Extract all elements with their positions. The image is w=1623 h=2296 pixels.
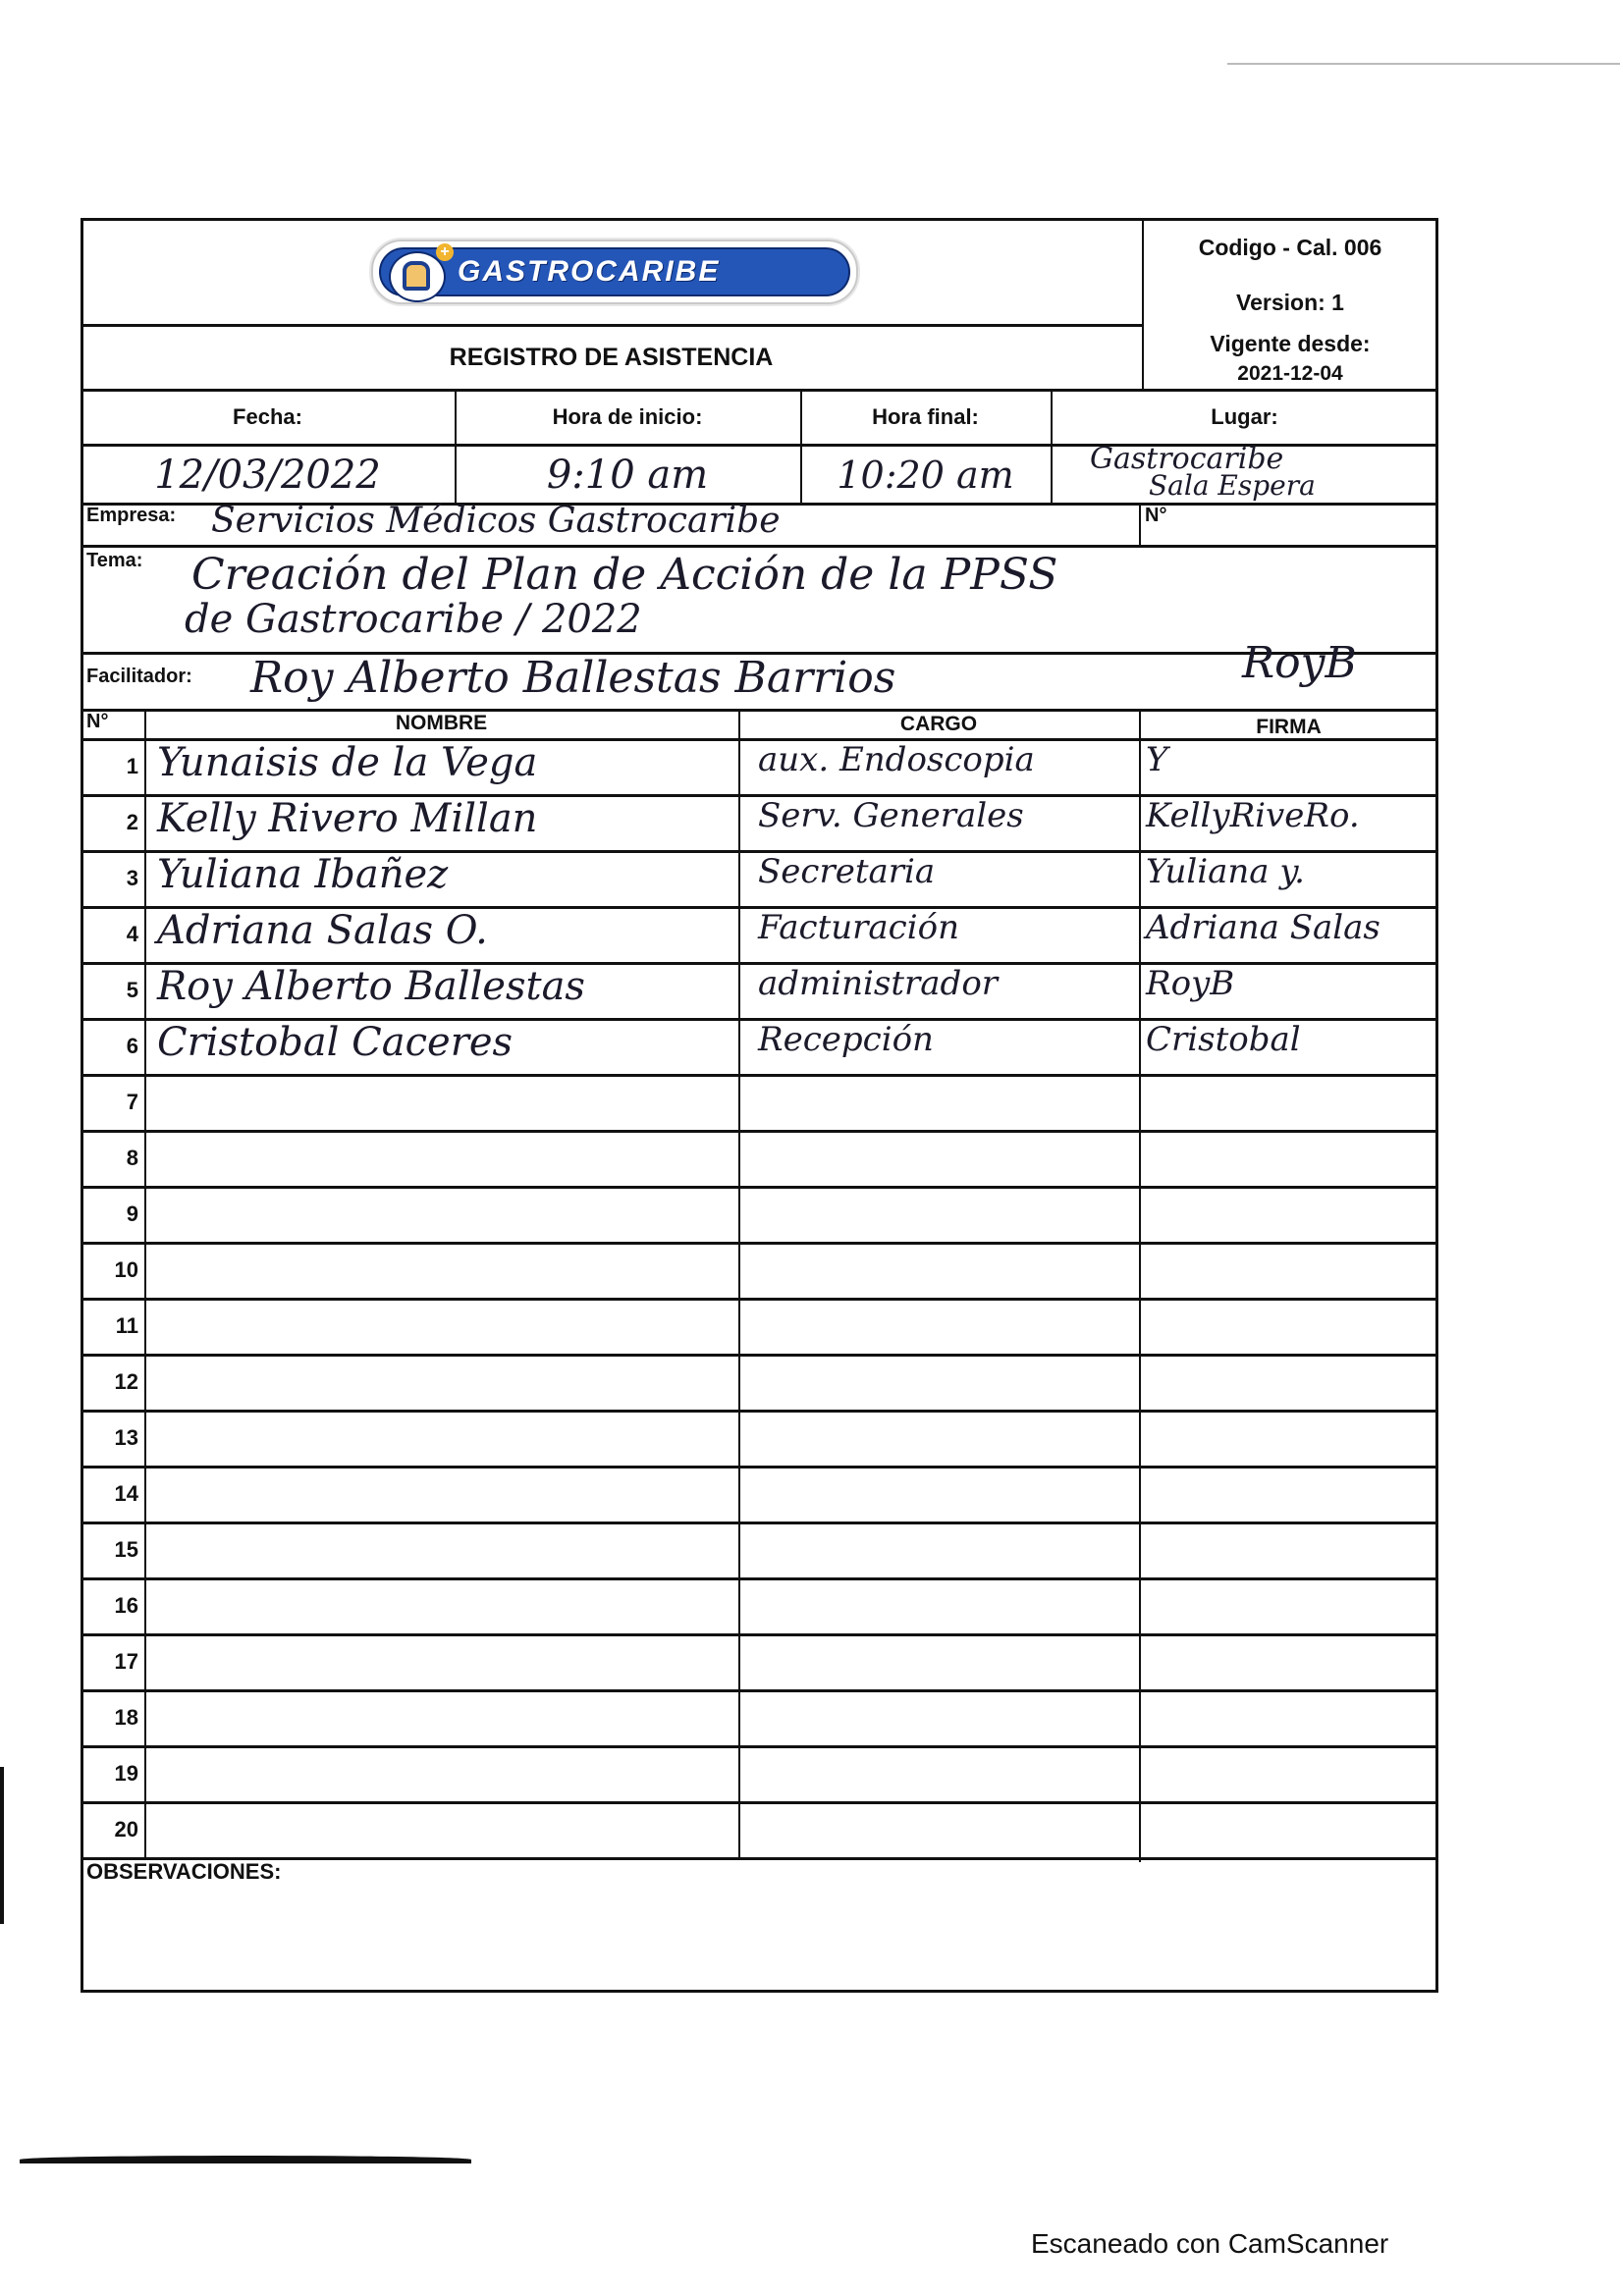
row-number: 14 bbox=[81, 1481, 144, 1507]
firma-cell[interactable] bbox=[1146, 1300, 1440, 1356]
nombre-cell[interactable] bbox=[157, 1635, 746, 1691]
row-number: 12 bbox=[81, 1369, 144, 1395]
row-number: 7 bbox=[81, 1090, 144, 1115]
empresa-no-label: N° bbox=[1145, 505, 1166, 527]
row-number: 3 bbox=[81, 866, 144, 891]
table-row: 19 bbox=[81, 1745, 1438, 1801]
col-header-no: N° bbox=[86, 711, 108, 733]
row-number: 18 bbox=[81, 1705, 144, 1731]
row-number: 5 bbox=[81, 978, 144, 1003]
cargo-cell[interactable] bbox=[758, 1523, 1151, 1579]
firma-cell[interactable] bbox=[1146, 1412, 1440, 1468]
lugar-field-line2[interactable]: Sala Espera bbox=[1149, 469, 1316, 502]
cargo-cell[interactable] bbox=[758, 1188, 1151, 1244]
facilitador-signature[interactable]: RoyB bbox=[1242, 638, 1357, 688]
cargo-cell[interactable]: administrador bbox=[758, 964, 1151, 1020]
fecha-field[interactable]: 12/03/2022 bbox=[81, 447, 455, 503]
cargo-cell[interactable] bbox=[758, 1803, 1151, 1859]
nombre-cell[interactable]: Roy Alberto Ballestas bbox=[157, 964, 746, 1020]
row-number: 11 bbox=[81, 1313, 144, 1339]
firma-cell[interactable]: RoyB bbox=[1146, 964, 1440, 1020]
hora-inicio-field[interactable]: 9:10 am bbox=[455, 447, 800, 503]
table-row: 12 bbox=[81, 1354, 1438, 1410]
table-row: 20 bbox=[81, 1801, 1438, 1857]
cargo-cell[interactable] bbox=[758, 1579, 1151, 1635]
table-row: 14 bbox=[81, 1466, 1438, 1522]
nombre-cell[interactable]: Yunaisis de la Vega bbox=[157, 740, 746, 796]
doc-version: Version: 1 bbox=[1142, 283, 1438, 322]
empresa-label: Empresa: bbox=[86, 505, 176, 527]
row-number: 6 bbox=[81, 1034, 144, 1059]
nombre-cell[interactable] bbox=[157, 1412, 746, 1468]
cargo-cell[interactable] bbox=[758, 1356, 1151, 1412]
row-number: 1 bbox=[81, 754, 144, 779]
col-header-cargo: CARGO bbox=[738, 710, 1139, 739]
cargo-cell[interactable]: Recepción bbox=[758, 1020, 1151, 1076]
lugar-label: Lugar: bbox=[1051, 391, 1438, 444]
scan-edge-left bbox=[0, 1767, 4, 1924]
firma-cell[interactable] bbox=[1146, 1691, 1440, 1747]
table-row: 16 bbox=[81, 1577, 1438, 1633]
nombre-cell[interactable] bbox=[157, 1523, 746, 1579]
cargo-cell[interactable] bbox=[758, 1244, 1151, 1300]
firma-cell[interactable]: Yuliana y. bbox=[1146, 852, 1440, 908]
firma-cell[interactable] bbox=[1146, 1803, 1440, 1859]
nombre-cell[interactable] bbox=[157, 1356, 746, 1412]
observaciones-field[interactable] bbox=[82, 1890, 1435, 1988]
nombre-cell[interactable]: Yuliana Ibañez bbox=[157, 852, 746, 908]
firma-cell[interactable] bbox=[1146, 1076, 1440, 1132]
nombre-cell[interactable] bbox=[157, 1468, 746, 1523]
table-row: 6Cristobal CaceresRecepciónCristobal bbox=[81, 1018, 1438, 1074]
nombre-cell[interactable] bbox=[157, 1803, 746, 1859]
firma-cell[interactable] bbox=[1146, 1132, 1440, 1188]
vigente-label: Vigente desde: bbox=[1142, 326, 1438, 361]
firma-cell[interactable]: KellyRiveRo. bbox=[1146, 796, 1440, 852]
scan-edge-top-right bbox=[1227, 63, 1620, 65]
row-number: 4 bbox=[81, 922, 144, 947]
facilitador-field[interactable]: Roy Alberto Ballestas Barrios bbox=[250, 653, 895, 703]
empresa-line bbox=[81, 545, 1438, 548]
fecha-label: Fecha: bbox=[81, 391, 455, 444]
cargo-cell[interactable] bbox=[758, 1468, 1151, 1523]
firma-cell[interactable] bbox=[1146, 1468, 1440, 1523]
nombre-cell[interactable] bbox=[157, 1076, 746, 1132]
firma-cell[interactable]: Cristobal bbox=[1146, 1020, 1440, 1076]
hora-final-label: Hora final: bbox=[800, 391, 1051, 444]
cargo-cell[interactable] bbox=[758, 1691, 1151, 1747]
row-number: 15 bbox=[81, 1537, 144, 1563]
table-row: 5Roy Alberto BallestasadministradorRoyB bbox=[81, 962, 1438, 1018]
logo-text: GASTROCARIBE bbox=[458, 255, 839, 289]
row-number: 17 bbox=[81, 1649, 144, 1675]
observaciones-line bbox=[81, 1857, 1438, 1860]
col-header-nombre: NOMBRE bbox=[144, 710, 738, 737]
firma-cell[interactable] bbox=[1146, 1523, 1440, 1579]
firma-cell[interactable] bbox=[1146, 1188, 1440, 1244]
scanner-watermark: Escaneado con CamScanner bbox=[1031, 2228, 1388, 2260]
table-row: 7 bbox=[81, 1074, 1438, 1130]
observaciones-label: OBSERVACIONES: bbox=[86, 1859, 281, 1885]
nombre-cell[interactable]: Kelly Rivero Millan bbox=[157, 796, 746, 852]
table-row: 10 bbox=[81, 1242, 1438, 1298]
row-number: 8 bbox=[81, 1146, 144, 1171]
tema-field-line2[interactable]: de Gastrocaribe / 2022 bbox=[185, 597, 642, 642]
cargo-cell[interactable] bbox=[758, 1747, 1151, 1803]
row-number: 16 bbox=[81, 1593, 144, 1619]
firma-cell[interactable] bbox=[1146, 1635, 1440, 1691]
row-number: 13 bbox=[81, 1425, 144, 1451]
table-row: 9 bbox=[81, 1186, 1438, 1242]
tema-field-line1[interactable]: Creación del Plan de Acción de la PPSS bbox=[191, 550, 1057, 600]
nombre-cell[interactable] bbox=[157, 1132, 746, 1188]
nombre-cell[interactable] bbox=[157, 1300, 746, 1356]
vigente-date: 2021-12-04 bbox=[1142, 359, 1438, 389]
cargo-cell[interactable]: Facturación bbox=[758, 908, 1151, 964]
firma-cell[interactable] bbox=[1146, 1244, 1440, 1300]
tema-label: Tema: bbox=[86, 550, 142, 572]
facilitador-label: Facilitador: bbox=[86, 666, 192, 688]
nombre-cell[interactable] bbox=[157, 1244, 746, 1300]
table-row: 4Adriana Salas O.FacturaciónAdriana Sala… bbox=[81, 906, 1438, 962]
hora-final-field[interactable]: 10:20 am bbox=[800, 447, 1051, 503]
firma-cell[interactable] bbox=[1146, 1579, 1440, 1635]
nombre-cell[interactable] bbox=[157, 1747, 746, 1803]
cargo-cell[interactable]: Serv. Generales bbox=[758, 796, 1151, 852]
cargo-cell[interactable] bbox=[758, 1076, 1151, 1132]
table-row: 18 bbox=[81, 1689, 1438, 1745]
cargo-cell[interactable]: aux. Endoscopia bbox=[758, 740, 1151, 796]
row-number: 19 bbox=[81, 1761, 144, 1787]
table-row: 15 bbox=[81, 1522, 1438, 1577]
row-number: 20 bbox=[81, 1817, 144, 1842]
nombre-cell[interactable]: Cristobal Caceres bbox=[157, 1020, 746, 1076]
row-number: 2 bbox=[81, 810, 144, 835]
firma-cell[interactable]: Adriana Salas bbox=[1146, 908, 1440, 964]
nombre-cell[interactable] bbox=[157, 1691, 746, 1747]
row-number: 9 bbox=[81, 1201, 144, 1227]
firma-cell[interactable] bbox=[1146, 1747, 1440, 1803]
cargo-cell[interactable] bbox=[758, 1635, 1151, 1691]
cargo-cell[interactable] bbox=[758, 1132, 1151, 1188]
doc-code: Codigo - Cal. 006 bbox=[1142, 228, 1438, 267]
table-row: 11 bbox=[81, 1298, 1438, 1354]
gastrocaribe-logo: + GASTROCARIBE bbox=[371, 240, 858, 304]
row-number: 10 bbox=[81, 1257, 144, 1283]
table-row: 3Yuliana IbañezSecretariaYuliana y. bbox=[81, 850, 1438, 906]
nombre-cell[interactable] bbox=[157, 1188, 746, 1244]
nombre-cell[interactable]: Adriana Salas O. bbox=[157, 908, 746, 964]
nombre-cell[interactable] bbox=[157, 1579, 746, 1635]
page-title: REGISTRO DE ASISTENCIA bbox=[81, 326, 1142, 389]
firma-cell[interactable] bbox=[1146, 1356, 1440, 1412]
cargo-cell[interactable]: Secretaria bbox=[758, 852, 1151, 908]
plus-icon: + bbox=[436, 243, 454, 261]
hora-inicio-label: Hora de inicio: bbox=[455, 391, 800, 444]
table-row: 2Kelly Rivero MillanServ. GeneralesKelly… bbox=[81, 794, 1438, 850]
logo-emblem-icon bbox=[389, 251, 446, 302]
scan-edge-bottom-left bbox=[20, 2156, 471, 2163]
empresa-field[interactable]: Servicios Médicos Gastrocaribe bbox=[211, 501, 781, 541]
empresa-divider bbox=[1139, 503, 1141, 546]
cargo-cell[interactable] bbox=[758, 1300, 1151, 1356]
cargo-cell[interactable] bbox=[758, 1412, 1151, 1468]
table-row: 17 bbox=[81, 1633, 1438, 1689]
table-row: 1Yunaisis de la Vegaaux. EndoscopiaY bbox=[81, 738, 1438, 794]
table-row: 8 bbox=[81, 1130, 1438, 1186]
table-row: 13 bbox=[81, 1410, 1438, 1466]
firma-cell[interactable]: Y bbox=[1146, 740, 1440, 796]
